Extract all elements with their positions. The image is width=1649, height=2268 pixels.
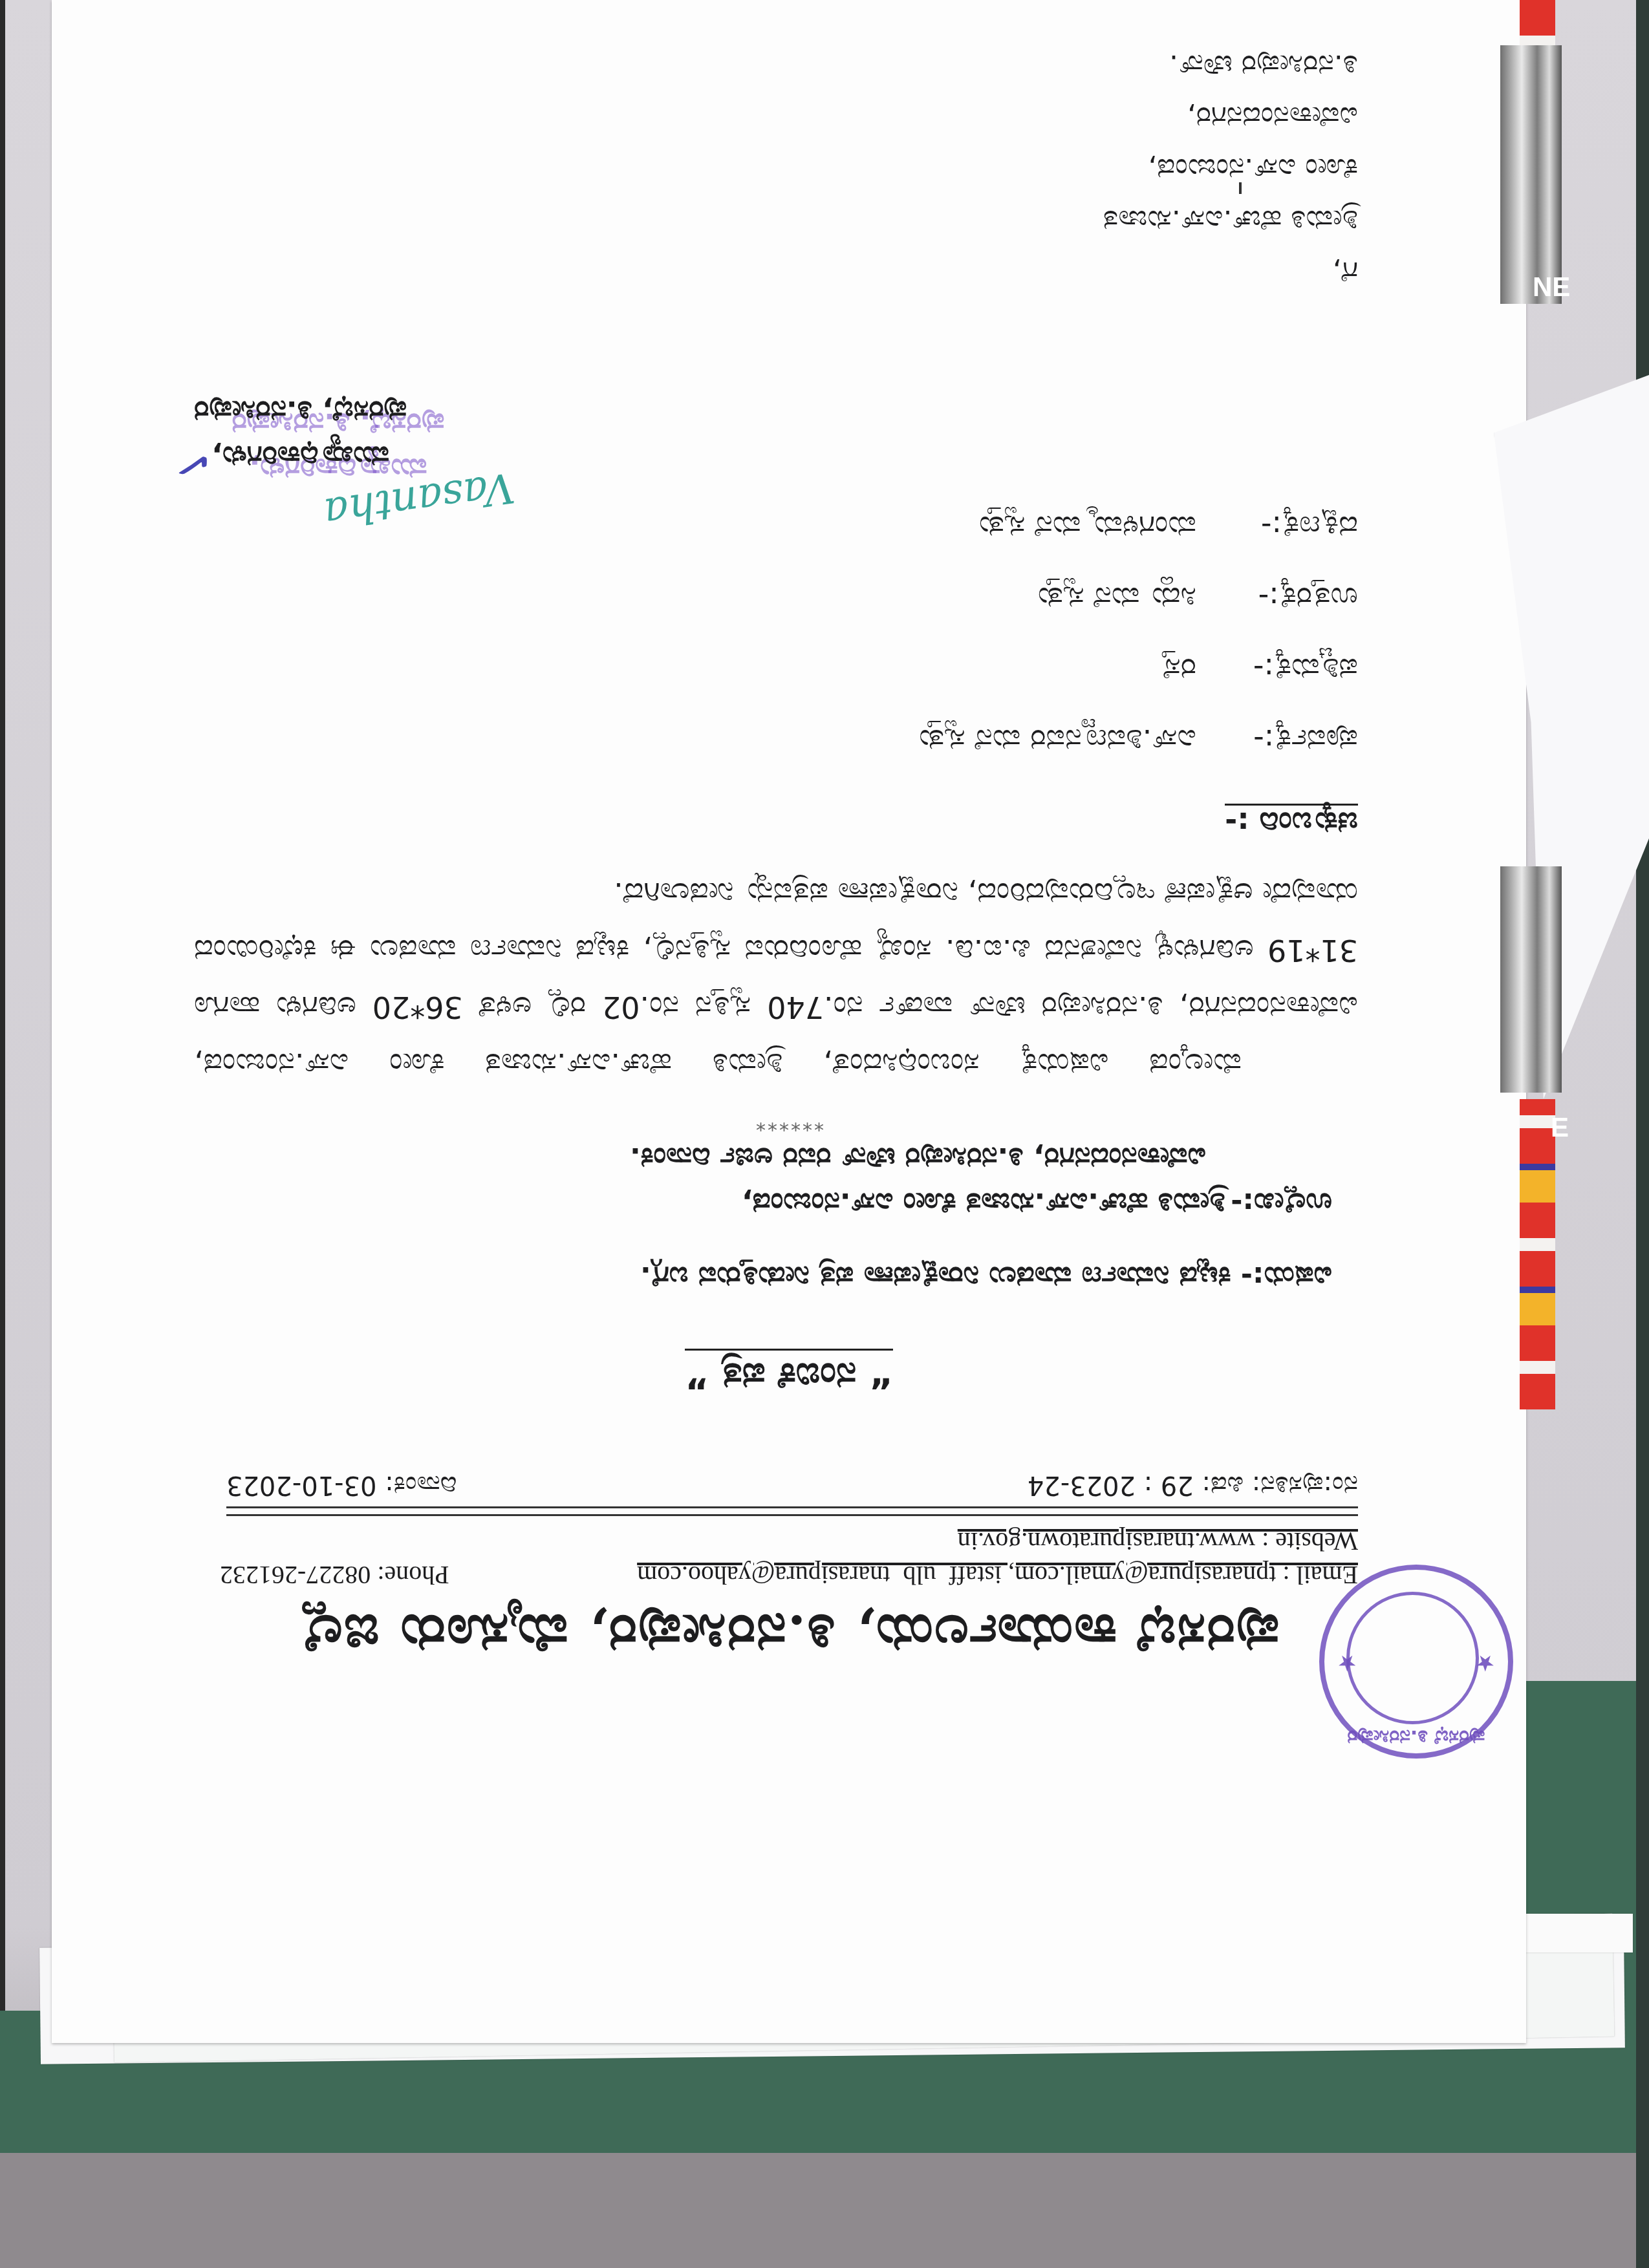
boundaries-list: ಪೂರ್ವಕ್ಕೆ:- ಎಸ್.ಶಿವಣ್ಣನವರ ಮನೆ ಸ್ವತ್ತು ಪಶ… <box>916 491 1358 776</box>
star-icon: ★ <box>1476 1650 1495 1676</box>
recipient-line: ತಿ.ನರಸೀಪುರ ಟೌನ್. <box>1103 39 1358 91</box>
reference-row: ನಂ:ಪುಸತಿನ: ಪಿಡ: 29 : 2023-24 ದಿನಾಂಕ: 03-… <box>226 1470 1358 1500</box>
star-icon: ★ <box>1337 1650 1357 1676</box>
scan-left-edge <box>0 0 5 2268</box>
recipient-line: ವಿವೇಕಾನಂದನಗರ, <box>1103 91 1358 142</box>
tab-label-bottom: E <box>1551 1112 1569 1143</box>
stamp-inner-ring <box>1346 1592 1479 1724</box>
boundary-row: ದಕ್ಷಿಣಕ್ಕೆ:- ಮಂಗಳಮ್ಮ ಮನೆ ಸ್ವತ್ತು <box>916 491 1358 562</box>
boundary-direction: ಉತ್ತರಕ್ಕೆ:- <box>1196 562 1358 634</box>
subject-line: ವಿಷಯ:- ಕಟ್ಟಡ ನಿರ್ಮಾಣ ಮಾಡಲು ನಿರಾಕ್ಷೇಪಣಾ ಪ… <box>213 1260 1332 1293</box>
recipient-address: ಗೆ, ಶ್ರೀಮತಿ ಹೆಚ್.ಎಸ್.ಸುಜಾತ ಕೋಂ ಎಸ್.ನಂಜುಂ… <box>1103 39 1358 297</box>
boundary-value: ಮಂಗಳಮ್ಮ ಮನೆ ಸ್ವತ್ತು <box>976 491 1196 562</box>
scanner-bed <box>0 2153 1649 2268</box>
contact-email-row: Email : tpnarasipura@ymail.com, istaff_u… <box>220 1560 1358 1590</box>
contact-website-row: Website : www.tnarasipuratown.gov.in <box>220 1526 1358 1557</box>
reference-date: ದಿನಾಂಕ: 03-10-2023 <box>226 1470 457 1500</box>
boundary-value: ಸಿದ್ದು ಮನೆ ಸ್ವತ್ತು <box>1035 562 1196 634</box>
boundary-row: ಉತ್ತರಕ್ಕೆ:- ಸಿದ್ದು ಮನೆ ಸ್ವತ್ತು <box>916 562 1358 634</box>
boundaries-heading: ಚಕ್ಕುಬಂದಿ :- <box>1225 804 1358 840</box>
phone-text: Phone: 08227-261232 <box>220 1560 449 1590</box>
subject-text: ಕಟ್ಟಡ ನಿರ್ಮಾಣ ಮಾಡಲು ನಿರಾಕ್ಷೇಪಣಾ ಪತ್ರ ನೀಡ… <box>640 1260 1231 1293</box>
tab-label-top: NE <box>1533 272 1570 303</box>
document-title: “ ನಂಬಿಕೆ ಪತ್ರ ” <box>52 1354 1526 1396</box>
boundary-row: ಪೂರ್ವಕ್ಕೆ:- ಎಸ್.ಶಿವಣ್ಣನವರ ಮನೆ ಸ್ವತ್ತು <box>916 705 1358 776</box>
body-paragraph: ಮೇಲ್ಕಂಡ ವಿಷಯಕ್ಕೆ ಸಂಬಂಧಿಸಿದಂತೆ, ಶ್ರೀಮತಿ ಹ… <box>194 865 1358 1093</box>
office-name: ಪುರಸಭೆ ಕಾರ್ಯಾಲಯ, ತಿ.ನರಸೀಪುರ, ಮೈಸೂರು ಜಿಲ್… <box>52 1602 1526 1665</box>
recipient-line: ಶ್ರೀಮತಿ ಹೆಚ್.ಎಸ್.ಸುಜಾತ <box>1103 194 1358 246</box>
recipient-line: ಕೋಂ ಎಸ್.ನಂಜುಂಡ, <box>1103 142 1358 194</box>
subject-label: ವಿಷಯ:- <box>1241 1260 1332 1293</box>
boundary-direction: ಪೂರ್ವಕ್ಕೆ:- <box>1196 705 1358 776</box>
office-rubber-stamp: ಪುರಸಭೆ ತಿ.ನರಸೀಪುರ ★ ★ <box>1319 1565 1513 1759</box>
boundary-direction: ದಕ್ಷಿಣಕ್ಕೆ:- <box>1196 491 1358 562</box>
signatory-designation: ಮುಖ್ಯಾಧಿಕಾರಿಗಳು, <box>194 433 407 478</box>
boundary-row: ಪಶ್ಚಿಮಕ್ಕೆ:- ರಸ್ತೆ <box>916 634 1358 705</box>
reference-line-2: ವಿವೇಕಾನಂದನಗರ, ತಿ.ನರಸೀಪುರ ಟೌನ್ ರವರ ಅರ್ಜಿ … <box>213 1135 1332 1180</box>
reference-number: ನಂ:ಪುಸತಿನ: ಪಿಡ: 29 : 2023-24 <box>1028 1470 1358 1500</box>
green-folder-flap <box>1513 1681 1649 2134</box>
reference-label: ಉಲ್ಲೇಖ:- <box>1235 1180 1332 1225</box>
reference-line: ಉಲ್ಲೇಖ:- ಶ್ರೀಮತಿ ಹೆಚ್.ಎಸ್.ಸುಜಾತ ಕೋಂ ಎಸ್.… <box>213 1135 1332 1225</box>
website-text: Website : www.tnarasipuratown.gov.in <box>958 1527 1358 1556</box>
header-divider <box>226 1506 1358 1516</box>
letter-page: ಪುರಸಭೆ ಕಾರ್ಯಾಲಯ, ತಿ.ನರಸೀಪುರ, ಮೈಸೂರು ಜಿಲ್… <box>52 0 1526 2043</box>
boundary-value: ಎಸ್.ಶಿವಣ್ಣನವರ ಮನೆ ಸ್ವತ್ತು <box>916 705 1196 776</box>
letter-content-rotated: ಪುರಸಭೆ ಕಾರ್ಯಾಲಯ, ತಿ.ನರಸೀಪುರ, ಮೈಸೂರು ಜಿಲ್… <box>52 0 1526 2043</box>
stamp-text: ಪುರಸಭೆ ತಿ.ನರಸೀಪುರ <box>1324 1726 1508 1748</box>
document-title-text: “ ನಂಬಿಕೆ ಪತ್ರ ” <box>685 1349 892 1396</box>
signatory-office: ಪುರಸಭೆ, ತಿ.ನರಸೀಪುರ <box>194 388 407 433</box>
boundary-value: ರಸ್ತೆ <box>1161 634 1196 705</box>
email-text: Email : tpnarasipura@ymail.com, istaff_u… <box>637 1561 1358 1590</box>
boundary-direction: ಪಶ್ಚಿಮಕ್ಕೆ:- <box>1196 634 1358 705</box>
binder-clip-bottom <box>1500 866 1562 1093</box>
reference-line-1: ಶ್ರೀಮತಿ ಹೆಚ್.ಎಸ್.ಸುಜಾತ ಕೋಂ ಎಸ್.ನಂಜುಂಡ, <box>742 1186 1225 1219</box>
stray-ink-mark <box>1239 182 1242 194</box>
scan-right-edge <box>1636 0 1649 2268</box>
binder-clip-top <box>1500 45 1562 304</box>
recipient-salutation: ಗೆ, <box>1103 246 1358 297</box>
signature-block: ಮುಖ್ಯಾಧಿಕಾರಿಗಳು, ಪುರಸಭೆ, ತಿ.ನರಸೀಪುರ <box>194 388 407 478</box>
separator-stars: ****** <box>52 1112 1526 1135</box>
index-tab-bottom <box>1520 1099 1555 1409</box>
